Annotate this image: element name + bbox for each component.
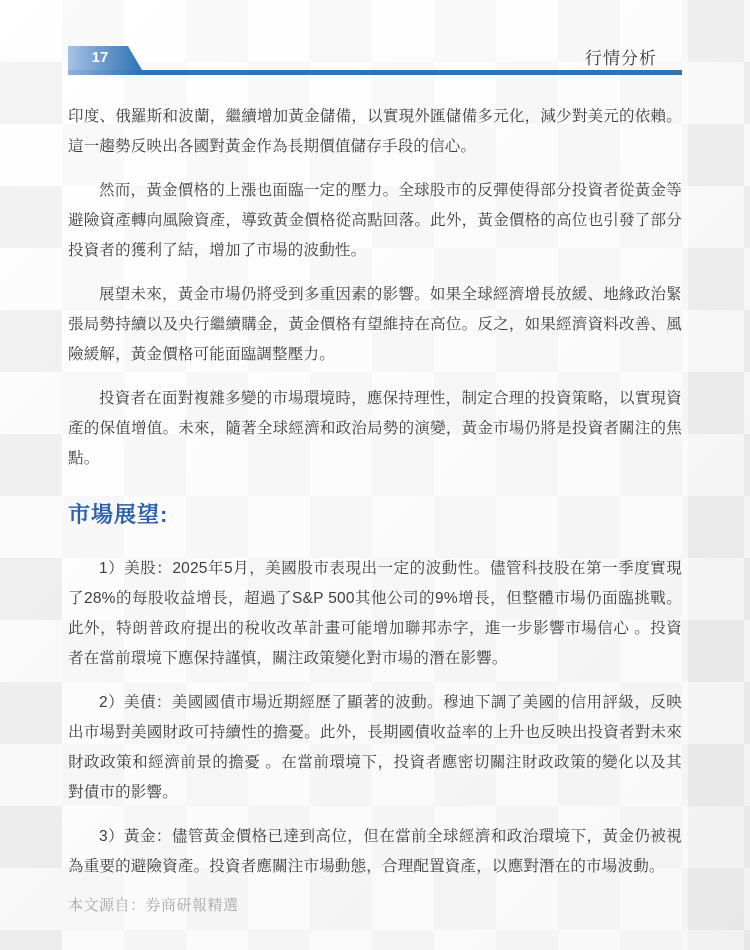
outlook-item-us-stocks: 1）美股：2025年5月，美國股市表現出一定的波動性。儘管科技股在第一季度實現了… <box>68 554 682 674</box>
outlook-item-us-bonds: 2）美債：美國國債市場近期經歷了顯著的波動。穆迪下調了美國的信用評級，反映出市場… <box>68 688 682 808</box>
source-attribution: 本文源自：券商研報精選 <box>68 896 682 916</box>
header-divider-rule <box>68 70 682 75</box>
page-number: 17 <box>92 49 109 66</box>
paragraph-gold-reserves: 印度、俄羅斯和波蘭，繼續增加黃金儲備，以實現外匯儲備多元化，減少對美元的依賴。這… <box>68 102 682 162</box>
document-page: 17 行情分析 印度、俄羅斯和波蘭，繼續增加黃金儲備，以實現外匯儲備多元化，減少… <box>0 0 750 950</box>
paragraph-gold-outlook: 展望未來，黃金市場仍將受到多重因素的影響。如果全球經濟增長放緩、地緣政治緊張局勢… <box>68 280 682 370</box>
outlook-item-gold: 3）黃金：儘管黃金價格已達到高位，但在當前全球經濟和政治環境下，黃金仍被視為重要… <box>68 822 682 882</box>
paragraph-gold-pressure: 然而，黃金價格的上漲也面臨一定的壓力。全球股市的反彈使得部分投資者從黃金等避險資… <box>68 176 682 266</box>
document-body: 印度、俄羅斯和波蘭，繼續增加黃金儲備，以實現外匯儲備多元化，減少對美元的依賴。這… <box>68 102 682 916</box>
section-heading-market-outlook: 市場展望: <box>68 500 682 530</box>
header-section-label: 行情分析 <box>585 44 657 69</box>
paragraph-investor-advice: 投資者在面對複雜多變的市場環境時，應保持理性，制定合理的投資策略，以實現資產的保… <box>68 384 682 474</box>
